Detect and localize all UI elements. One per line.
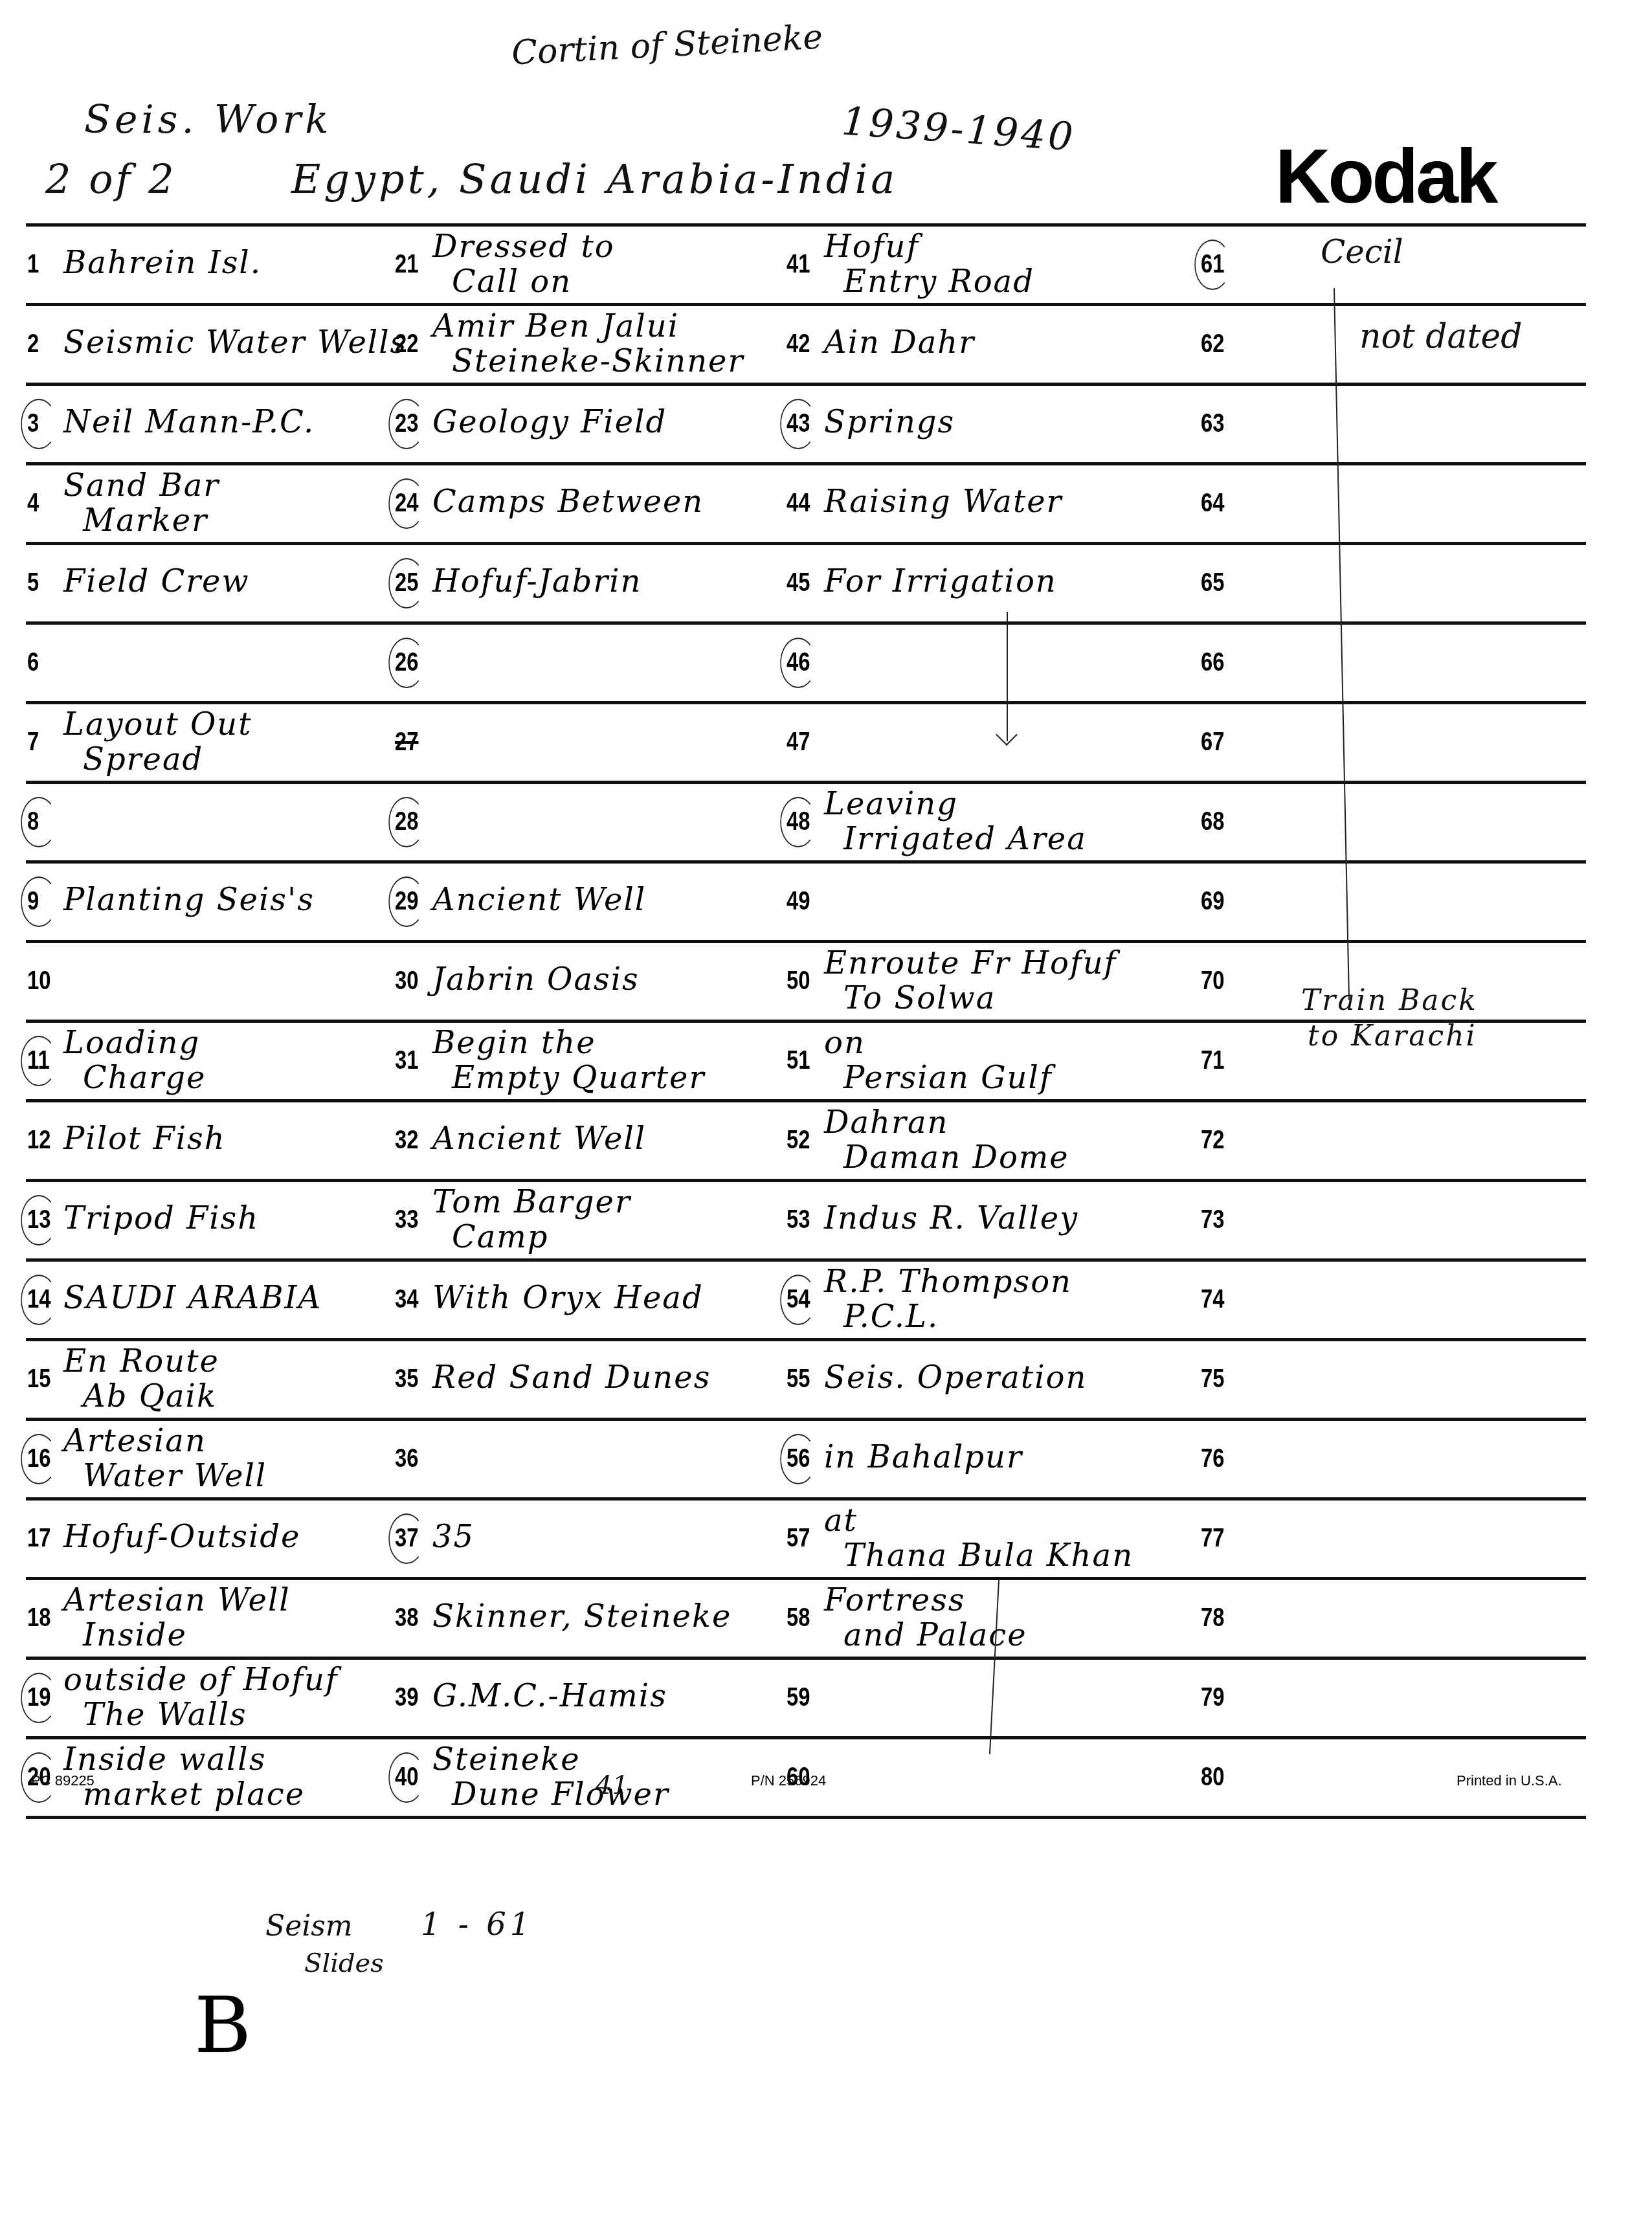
attribution-note: Cortin of Steineke [511, 17, 824, 73]
slide-caption: Skinner, Steineke [432, 1598, 731, 1635]
slide-number: 37 [395, 1524, 418, 1553]
caption-line: 35 [432, 1519, 474, 1555]
caption-line: Ancient Well [432, 1121, 646, 1157]
caption-line: SAUDI ARABIA [63, 1280, 322, 1316]
slide-caption: Indus R. Valley [824, 1200, 1078, 1236]
slide-caption: Ancient Well [432, 1121, 646, 1157]
table-cell: 5Field Crew [26, 545, 395, 621]
caption-line: Enroute Fr Hofuf [824, 946, 1117, 981]
table-cell: 6 [26, 625, 395, 701]
slide-number: 47 [787, 728, 810, 757]
slide-caption: Begin theEmpty Quarter [432, 1025, 705, 1095]
slide-number: 46 [787, 648, 810, 677]
slide-number: 18 [27, 1603, 50, 1633]
table-cell: 68 [1201, 784, 1589, 860]
slide-caption: G.M.C.-Hamis [432, 1678, 667, 1714]
slide-caption: Springs [824, 404, 955, 440]
table-cell: 65 [1201, 545, 1589, 621]
slide-number: 8 [27, 807, 39, 836]
slide-caption: SAUDI ARABIA [63, 1280, 322, 1316]
caption-line: Inside walls [63, 1742, 305, 1777]
slide-caption: atThana Bula Khan [824, 1503, 1133, 1573]
slide-number: 1 [27, 250, 39, 279]
slide-caption: With Oryx Head [432, 1280, 704, 1316]
slide-number: 45 [787, 568, 810, 597]
slide-caption: HofufEntry Road [824, 229, 1034, 299]
caption-line: Sand Bar [63, 468, 219, 503]
slide-number: 74 [1201, 1285, 1224, 1314]
slide-number: 44 [787, 489, 810, 518]
slide-number: 51 [787, 1046, 810, 1075]
slide-number: 23 [395, 409, 418, 438]
slide-caption: outside of HofufThe Walls [63, 1662, 339, 1732]
caption-line: Inside [63, 1618, 291, 1653]
slide-number: 61 [1201, 250, 1224, 279]
table-row: 15En RouteAb Qaik35Red Sand Dunes55Seis.… [26, 1338, 1586, 1418]
table-row: 82848LeavingIrrigated Area68 [26, 781, 1586, 860]
table-cell: 36 [395, 1421, 822, 1497]
caption-line: Skinner, Steineke [432, 1598, 731, 1635]
part-indicator: 2 of 2 [45, 155, 177, 203]
slide-caption: For Irrigation [824, 563, 1057, 599]
slide-number: 65 [1201, 568, 1224, 597]
table-cell: 52DahranDaman Dome [787, 1102, 1214, 1179]
table-cell: 63 [1201, 386, 1589, 462]
slide-number: 21 [395, 250, 418, 279]
table-cell: 60 [787, 1739, 1214, 1816]
table-cell: 59 [787, 1660, 1214, 1736]
table-cell: 16ArtesianWater Well [26, 1421, 395, 1497]
table-cell: 14SAUDI ARABIA [26, 1262, 395, 1338]
caption-line: Seis. Operation [824, 1359, 1087, 1396]
slide-number: 27 [395, 728, 418, 757]
slide-caption: Red Sand Dunes [432, 1359, 711, 1396]
printed-in: Printed in U.S.A. [1457, 1772, 1562, 1789]
caption-line: Geology Field [432, 404, 667, 440]
caption-line: Dressed to [432, 229, 615, 264]
caption-line: Bahrein Isl. [63, 245, 262, 281]
table-row: 16ArtesianWater Well3656in Bahalpur76 [26, 1418, 1586, 1497]
table-row: 13Tripod Fish33Tom BargerCamp53Indus R. … [26, 1179, 1586, 1258]
slide-number: 78 [1201, 1603, 1224, 1633]
table-cell: 26 [395, 625, 822, 701]
table-cell: 74 [1201, 1262, 1589, 1338]
continuation-number: 41 [596, 1770, 629, 1800]
slide-number: 50 [787, 966, 810, 996]
table-row: 6264666 [26, 621, 1586, 701]
table-cell: 3Neil Mann-P.C. [26, 386, 395, 462]
table-cell: 31Begin theEmpty Quarter [395, 1023, 822, 1099]
table-cell: 35Red Sand Dunes [395, 1341, 822, 1418]
caption-line: Planting Seis's [63, 882, 315, 918]
slide-caption: Geology Field [432, 404, 667, 440]
slide-caption: Inside wallsmarket place [63, 1742, 305, 1812]
table-cell: 3735 [395, 1501, 822, 1577]
slide-number: 77 [1201, 1524, 1224, 1553]
table-cell: 19outside of HofufThe Walls [26, 1660, 395, 1736]
slide-caption: Jabrin Oasis [432, 961, 640, 998]
slide-number: 57 [787, 1524, 810, 1553]
slide-caption: Sand BarMarker [63, 468, 219, 538]
table-cell: 27 [395, 704, 822, 781]
table-cell: 57atThana Bula Khan [787, 1501, 1214, 1577]
caption-line: on [824, 1025, 1053, 1060]
caption-line: Charge [63, 1060, 206, 1095]
table-cell: 64 [1201, 465, 1589, 542]
table-cell: 22Amir Ben JaluiSteineke-Skinner [395, 306, 822, 383]
region-title: Egypt, Saudi Arabia-India [291, 155, 898, 203]
caption-line: Call on [432, 264, 615, 299]
table-cell: 43Springs [787, 386, 1214, 462]
caption-line: Ab Qaik [63, 1379, 219, 1414]
caption-line: Dune Flower [432, 1777, 669, 1812]
table-row: 3Neil Mann-P.C.23Geology Field43Springs6… [26, 383, 1586, 462]
part-number: P/N 256924 [751, 1772, 826, 1789]
table-cell: 21Dressed toCall on [395, 227, 822, 303]
caption-line: The Walls [63, 1697, 339, 1732]
slide-caption: SteinekeDune Flower [432, 1742, 669, 1812]
slide-number: 67 [1201, 728, 1224, 757]
table-cell: 8 [26, 784, 395, 860]
table-cell: 73 [1201, 1182, 1589, 1258]
caption-line: Jabrin Oasis [432, 961, 640, 998]
slide-number: 66 [1201, 648, 1224, 677]
slide-caption: Enroute Fr HofufTo Solwa [824, 946, 1117, 1016]
caption-line: R.P. Thompson [824, 1264, 1072, 1299]
caption-line: Begin the [432, 1025, 705, 1060]
note-letter-b: B [194, 1981, 251, 2071]
table-cell: 10 [26, 943, 395, 1020]
caption-line: Irrigated Area [824, 821, 1087, 856]
caption-line: outside of Hofuf [63, 1662, 339, 1697]
caption-line: Entry Road [824, 264, 1034, 299]
table-cell: 1Bahrein Isl. [26, 227, 395, 303]
caption-line: Marker [63, 503, 219, 538]
table-cell: 76 [1201, 1421, 1589, 1497]
slide-number: 56 [787, 1444, 810, 1473]
caption-line: Steineke-Skinner [432, 344, 744, 379]
caption-line: Loading [63, 1025, 206, 1060]
slide-number: 17 [27, 1524, 50, 1553]
form-code: PC 89225 [31, 1772, 95, 1789]
slide-caption: Layout OutSpread [63, 707, 252, 777]
table-row: 12Pilot Fish32Ancient Well52DahranDaman … [26, 1099, 1586, 1179]
table-row: 14SAUDI ARABIA34With Oryx Head54R.P. Tho… [26, 1258, 1586, 1338]
caption-line: Hofuf [824, 229, 1034, 264]
table-cell: 66 [1201, 625, 1589, 701]
caption-line: Seismic Water Wells [63, 324, 407, 361]
table-cell: 48LeavingIrrigated Area [787, 784, 1214, 860]
caption-line: Dahran [824, 1105, 1069, 1140]
slide-number: 22 [395, 329, 418, 359]
slide-number: 34 [395, 1285, 418, 1314]
caption-line: Thana Bula Khan [824, 1538, 1133, 1573]
slide-number: 59 [787, 1683, 810, 1712]
caption-line: Hofuf-Jabrin [432, 563, 642, 599]
table-cell: 17Hofuf-Outside [26, 1501, 395, 1577]
note-seism: Seism [265, 1910, 353, 1943]
table-cell: 58Fortressand Palace [787, 1580, 1214, 1657]
slide-number: 26 [395, 648, 418, 677]
caption-line: Tripod Fish [63, 1200, 259, 1236]
table-cell: 28 [395, 784, 822, 860]
slide-number: 53 [787, 1205, 810, 1234]
slide-number: 12 [27, 1126, 50, 1155]
slide-number: 76 [1201, 1444, 1224, 1473]
slide-caption: Seismic Water Wells [63, 324, 407, 361]
caption-line: Ain Dahr [824, 324, 975, 361]
slide-number: 28 [395, 807, 418, 836]
table-row: 2Seismic Water Wells22Amir Ben JaluiStei… [26, 303, 1586, 383]
table-cell: 18Artesian WellInside [26, 1580, 395, 1657]
slide-number: 72 [1201, 1126, 1224, 1155]
table-cell: 69 [1201, 864, 1589, 940]
table-cell: 49 [787, 864, 1214, 940]
caption-line: Persian Gulf [824, 1060, 1053, 1095]
table-cell: 15En RouteAb Qaik [26, 1341, 395, 1418]
slide-number: 36 [395, 1444, 418, 1473]
table-cell: 51onPersian Gulf [787, 1023, 1214, 1099]
slide-caption: Amir Ben JaluiSteineke-Skinner [432, 309, 744, 379]
table-cell: 23Geology Field [395, 386, 822, 462]
slide-caption: Field Crew [63, 563, 250, 599]
caption-line: P.C.L. [824, 1299, 1072, 1334]
table-cell: 11LoadingCharge [26, 1023, 395, 1099]
table-cell: 12Pilot Fish [26, 1102, 395, 1179]
table-cell: 78 [1201, 1580, 1589, 1657]
caption-line: Raising Water [824, 484, 1063, 520]
table-row: 17Hofuf-Outside373557atThana Bula Khan77 [26, 1497, 1586, 1577]
slide-number: 43 [787, 409, 810, 438]
slide-caption: Camps Between [432, 484, 704, 520]
slide-number: 31 [395, 1046, 418, 1075]
slide-caption: Pilot Fish [63, 1121, 226, 1157]
slide-caption: 35 [432, 1519, 474, 1555]
down-arrow-icon [1007, 612, 1008, 741]
table-cell: 39G.M.C.-Hamis [395, 1660, 822, 1736]
table-cell: 53Indus R. Valley [787, 1182, 1214, 1258]
slide-number: 70 [1201, 966, 1224, 996]
caption-line: Daman Dome [824, 1140, 1069, 1175]
table-cell: 4Sand BarMarker [26, 465, 395, 542]
slide-caption: Tripod Fish [63, 1200, 259, 1236]
caption-line: Camp [432, 1220, 631, 1255]
slide-caption: LeavingIrrigated Area [824, 787, 1087, 856]
table-cell: 34With Oryx Head [395, 1262, 822, 1338]
table-row: 4Sand BarMarker24Camps Between44Raising … [26, 462, 1586, 542]
slide-number: 40 [395, 1763, 418, 1792]
slide-caption: Bahrein Isl. [63, 245, 262, 281]
slide-number: 14 [27, 1285, 50, 1314]
table-cell: 33Tom BargerCamp [395, 1182, 822, 1258]
caption-line: En Route [63, 1344, 219, 1379]
slide-number: 58 [787, 1603, 810, 1633]
table-cell: 7Layout OutSpread [26, 704, 395, 781]
table-cell: 56in Bahalpur [787, 1421, 1214, 1497]
caption-line: Steineke [432, 1742, 669, 1777]
slide-caption: LoadingCharge [63, 1025, 206, 1095]
caption-line: Water Well [63, 1458, 267, 1493]
caption-line: at [824, 1503, 1133, 1538]
slide-number: 11 [27, 1046, 50, 1075]
table-cell: 44Raising Water [787, 465, 1214, 542]
caption-line: Empty Quarter [432, 1060, 705, 1095]
slide-number: 10 [27, 966, 50, 996]
caption-line: Hofuf-Outside [63, 1519, 300, 1555]
table-cell: 38Skinner, Steineke [395, 1580, 822, 1657]
slide-caption: DahranDaman Dome [824, 1105, 1069, 1175]
caption-line: market place [63, 1777, 305, 1812]
slide-number: 55 [787, 1365, 810, 1394]
slide-number: 2 [27, 329, 39, 359]
annotation-to-karachi: to Karachi [1308, 1020, 1477, 1053]
slide-number: 38 [395, 1603, 418, 1633]
slide-number: 15 [27, 1365, 50, 1394]
slide-caption: in Bahalpur [824, 1439, 1023, 1475]
annotation-train-back: Train Back [1301, 984, 1478, 1017]
table-cell: 47 [787, 704, 1214, 781]
slide-number: 80 [1201, 1763, 1224, 1792]
slide-number: 79 [1201, 1683, 1224, 1712]
table-cell: 54R.P. ThompsonP.C.L. [787, 1262, 1214, 1338]
slide-number: 69 [1201, 887, 1224, 916]
table-cell: 46 [787, 625, 1214, 701]
slide-caption: ArtesianWater Well [63, 1423, 267, 1493]
table-cell: 55Seis. Operation [787, 1341, 1214, 1418]
table-row: 18Artesian WellInside38Skinner, Steineke… [26, 1577, 1586, 1657]
annotation-not-dated: not dated [1359, 317, 1522, 356]
table-cell: 45For Irrigation [787, 545, 1214, 621]
caption-line: Pilot Fish [63, 1121, 226, 1157]
caption-line: Leaving [824, 787, 1087, 821]
caption-line: Artesian Well [63, 1583, 291, 1618]
slide-number: 42 [787, 329, 810, 359]
kodak-logo: Kodak [1275, 133, 1496, 221]
caption-line: Neil Mann-P.C. [63, 404, 315, 440]
slide-caption: En RouteAb Qaik [63, 1344, 219, 1414]
slide-number: 73 [1201, 1205, 1224, 1234]
annotation-cecil: Cecil [1321, 233, 1403, 271]
table-cell: 67 [1201, 704, 1589, 781]
table-cell: 79 [1201, 1660, 1589, 1736]
slide-number: 9 [27, 887, 39, 916]
slide-number: 6 [27, 648, 39, 677]
slide-caption: Ain Dahr [824, 324, 975, 361]
slide-number: 4 [27, 489, 39, 518]
caption-line: For Irrigation [824, 563, 1057, 599]
table-cell: 25Hofuf-Jabrin [395, 545, 822, 621]
slide-number: 3 [27, 409, 39, 438]
slide-caption: R.P. ThompsonP.C.L. [824, 1264, 1072, 1334]
slide-number: 32 [395, 1126, 418, 1155]
note-slides: Slides [304, 1948, 384, 1978]
table-cell: 32Ancient Well [395, 1102, 822, 1179]
slide-number: 25 [395, 568, 418, 597]
slide-caption: Tom BargerCamp [432, 1185, 631, 1255]
caption-line: Layout Out [63, 707, 252, 742]
slide-number: 13 [27, 1205, 50, 1234]
slide-number: 71 [1201, 1046, 1224, 1075]
slide-number: 19 [27, 1683, 50, 1712]
slide-number: 35 [395, 1365, 418, 1394]
caption-line: Artesian [63, 1423, 267, 1458]
table-cell: 24Camps Between [395, 465, 822, 542]
slide-caption: onPersian Gulf [824, 1025, 1053, 1095]
slide-caption: Ancient Well [432, 882, 646, 918]
caption-line: Spread [63, 742, 252, 777]
caption-line: To Solwa [824, 981, 1117, 1016]
caption-line: Tom Barger [432, 1185, 631, 1220]
slide-caption: Artesian WellInside [63, 1583, 291, 1653]
table-row: 9Planting Seis's29Ancient Well4969 [26, 860, 1586, 940]
slide-number: 29 [395, 887, 418, 916]
slide-number: 63 [1201, 409, 1224, 438]
slide-number: 30 [395, 966, 418, 996]
slide-number: 7 [27, 728, 39, 757]
slide-caption: Hofuf-Outside [63, 1519, 300, 1555]
table-cell: 77 [1201, 1501, 1589, 1577]
caption-line: With Oryx Head [432, 1280, 704, 1316]
slide-number: 41 [787, 250, 810, 279]
table-cell: 2Seismic Water Wells [26, 306, 395, 383]
slide-number: 54 [787, 1285, 810, 1314]
slide-number: 49 [787, 887, 810, 916]
caption-line: Amir Ben Jalui [432, 309, 744, 344]
table-cell: 72 [1201, 1102, 1589, 1179]
caption-line: Camps Between [432, 484, 704, 520]
table-cell: 13Tripod Fish [26, 1182, 395, 1258]
table-row: 5Field Crew25Hofuf-Jabrin45For Irrigatio… [26, 542, 1586, 621]
slide-number: 24 [395, 489, 418, 518]
slide-number: 68 [1201, 807, 1224, 836]
slide-number: 16 [27, 1444, 50, 1473]
slide-number: 75 [1201, 1365, 1224, 1394]
slide-number: 48 [787, 807, 810, 836]
table-cell: 50Enroute Fr HofufTo Solwa [787, 943, 1214, 1020]
caption-line: in Bahalpur [824, 1439, 1023, 1475]
caption-line: Field Crew [63, 563, 250, 599]
slide-number: 62 [1201, 329, 1224, 359]
slide-caption: Seis. Operation [824, 1359, 1087, 1396]
table-cell: 42Ain Dahr [787, 306, 1214, 383]
slide-caption: Hofuf-Jabrin [432, 563, 642, 599]
slide-number: 33 [395, 1205, 418, 1234]
slide-caption: Raising Water [824, 484, 1063, 520]
table-cell: 41HofufEntry Road [787, 227, 1214, 303]
table-cell: 30Jabrin Oasis [395, 943, 822, 1020]
slide-number: 5 [27, 568, 39, 597]
slide-caption: Neil Mann-P.C. [63, 404, 315, 440]
slide-number: 52 [787, 1126, 810, 1155]
note-range: 1 - 61 [421, 1906, 533, 1943]
document-title: Seis. Work [84, 97, 333, 142]
caption-line: G.M.C.-Hamis [432, 1678, 667, 1714]
table-row: 7Layout OutSpread274767 [26, 701, 1586, 781]
slide-caption: Dressed toCall on [432, 229, 615, 299]
caption-line: Ancient Well [432, 882, 646, 918]
table-cell: 75 [1201, 1341, 1589, 1418]
year-range: 1939-1940 [840, 98, 1077, 160]
slide-number: 64 [1201, 489, 1224, 518]
table-cell: 29Ancient Well [395, 864, 822, 940]
table-row: 19outside of HofufThe Walls39G.M.C.-Hami… [26, 1657, 1586, 1736]
slide-number: 39 [395, 1683, 418, 1712]
caption-line: Red Sand Dunes [432, 1359, 711, 1396]
caption-line: Springs [824, 404, 955, 440]
table-cell: 9Planting Seis's [26, 864, 395, 940]
caption-line: Indus R. Valley [824, 1200, 1078, 1236]
slide-caption: Planting Seis's [63, 882, 315, 918]
